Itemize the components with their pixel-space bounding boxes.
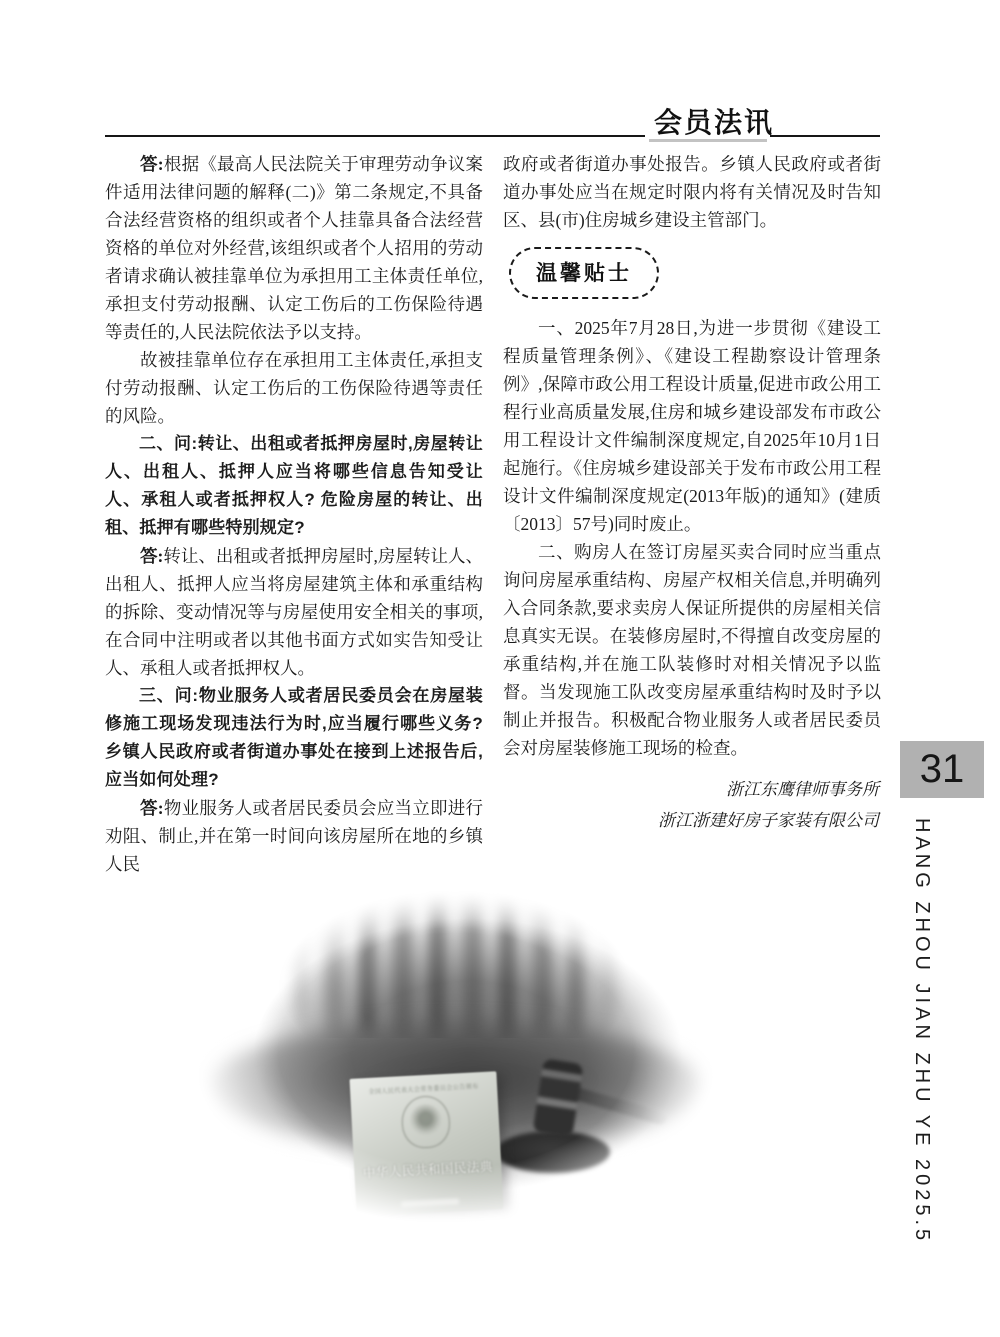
attribution-line-1: 浙江东鹰律师事务所 xyxy=(503,774,879,805)
answer-label: 答: xyxy=(140,154,164,174)
body-paragraph: 二、购房人在签订房屋买卖合同时应当重点询问房屋承重结构、房屋产权相关信息,并明确… xyxy=(503,538,881,762)
question-paragraph: 三、问:物业服务人或者居民委员会在房屋装修施工现场发现违法行为时,应当履行哪些义… xyxy=(105,682,483,794)
photo-vignette xyxy=(150,853,750,1283)
law-photo: 全国人民代表大会常务委员会公告颁布 中华人民共和国民法典 xyxy=(150,853,750,1283)
left-column: 答:根据《最高人民法院关于审理劳动争议案件适用法律问题的解释(二)》第二条规定,… xyxy=(105,150,483,878)
header-rule-gray xyxy=(649,139,767,142)
right-column: 政府或者街道办事处报告。乡镇人民政府或者街道办事处应当在规定时限内将有关情况及时… xyxy=(503,150,881,836)
attribution: 浙江东鹰律师事务所 浙江浙建好房子家装有限公司 xyxy=(503,774,881,836)
tip-paragraphs: 一、2025年7月28日,为进一步贯彻《建设工程质量管理条例》、《建设工程勘察设… xyxy=(503,314,881,762)
header-rule-right xyxy=(770,135,880,137)
page-number: 31 xyxy=(920,747,965,792)
page-number-badge: 31 xyxy=(900,741,984,798)
body-paragraph: 答:根据《最高人民法院关于审理劳动争议案件适用法律问题的解释(二)》第二条规定,… xyxy=(105,150,483,346)
answer-label: 答: xyxy=(140,546,163,566)
journal-spine-text: HANG ZHOU JIAN ZHU YE 2025.5 xyxy=(910,818,933,1298)
answer-label: 答: xyxy=(140,798,164,818)
attribution-line-2: 浙江浙建好房子家装有限公司 xyxy=(503,805,879,836)
question-paragraph: 二、问:转让、出租或者抵押房屋时,房屋转让人、出租人、抵押人应当将哪些信息告知受… xyxy=(105,430,483,542)
right-column-top: 政府或者街道办事处报告。乡镇人民政府或者街道办事处应当在规定时限内将有关情况及时… xyxy=(503,150,881,234)
body-paragraph: 政府或者街道办事处报告。乡镇人民政府或者街道办事处应当在规定时限内将有关情况及时… xyxy=(503,150,881,234)
body-paragraph: 一、2025年7月28日,为进一步贯彻《建设工程质量管理条例》、《建设工程勘察设… xyxy=(503,314,881,538)
page-header-title: 会员法讯 xyxy=(654,101,774,141)
header-rule-left xyxy=(105,135,645,137)
body-paragraph: 答:转让、出租或者抵押房屋时,房屋转让人、出租人、抵押人应当将房屋建筑主体和承重… xyxy=(105,542,483,682)
body-paragraph: 故被挂靠单位存在承担用工主体责任,承担支付劳动报酬、认定工伤后的工伤保险待遇等责… xyxy=(105,346,483,430)
tip-box-label: 温馨贴士 xyxy=(509,247,659,299)
magazine-page: 会员法讯 答:根据《最高人民法院关于审理劳动争议案件适用法律问题的解释(二)》第… xyxy=(0,0,1000,1337)
